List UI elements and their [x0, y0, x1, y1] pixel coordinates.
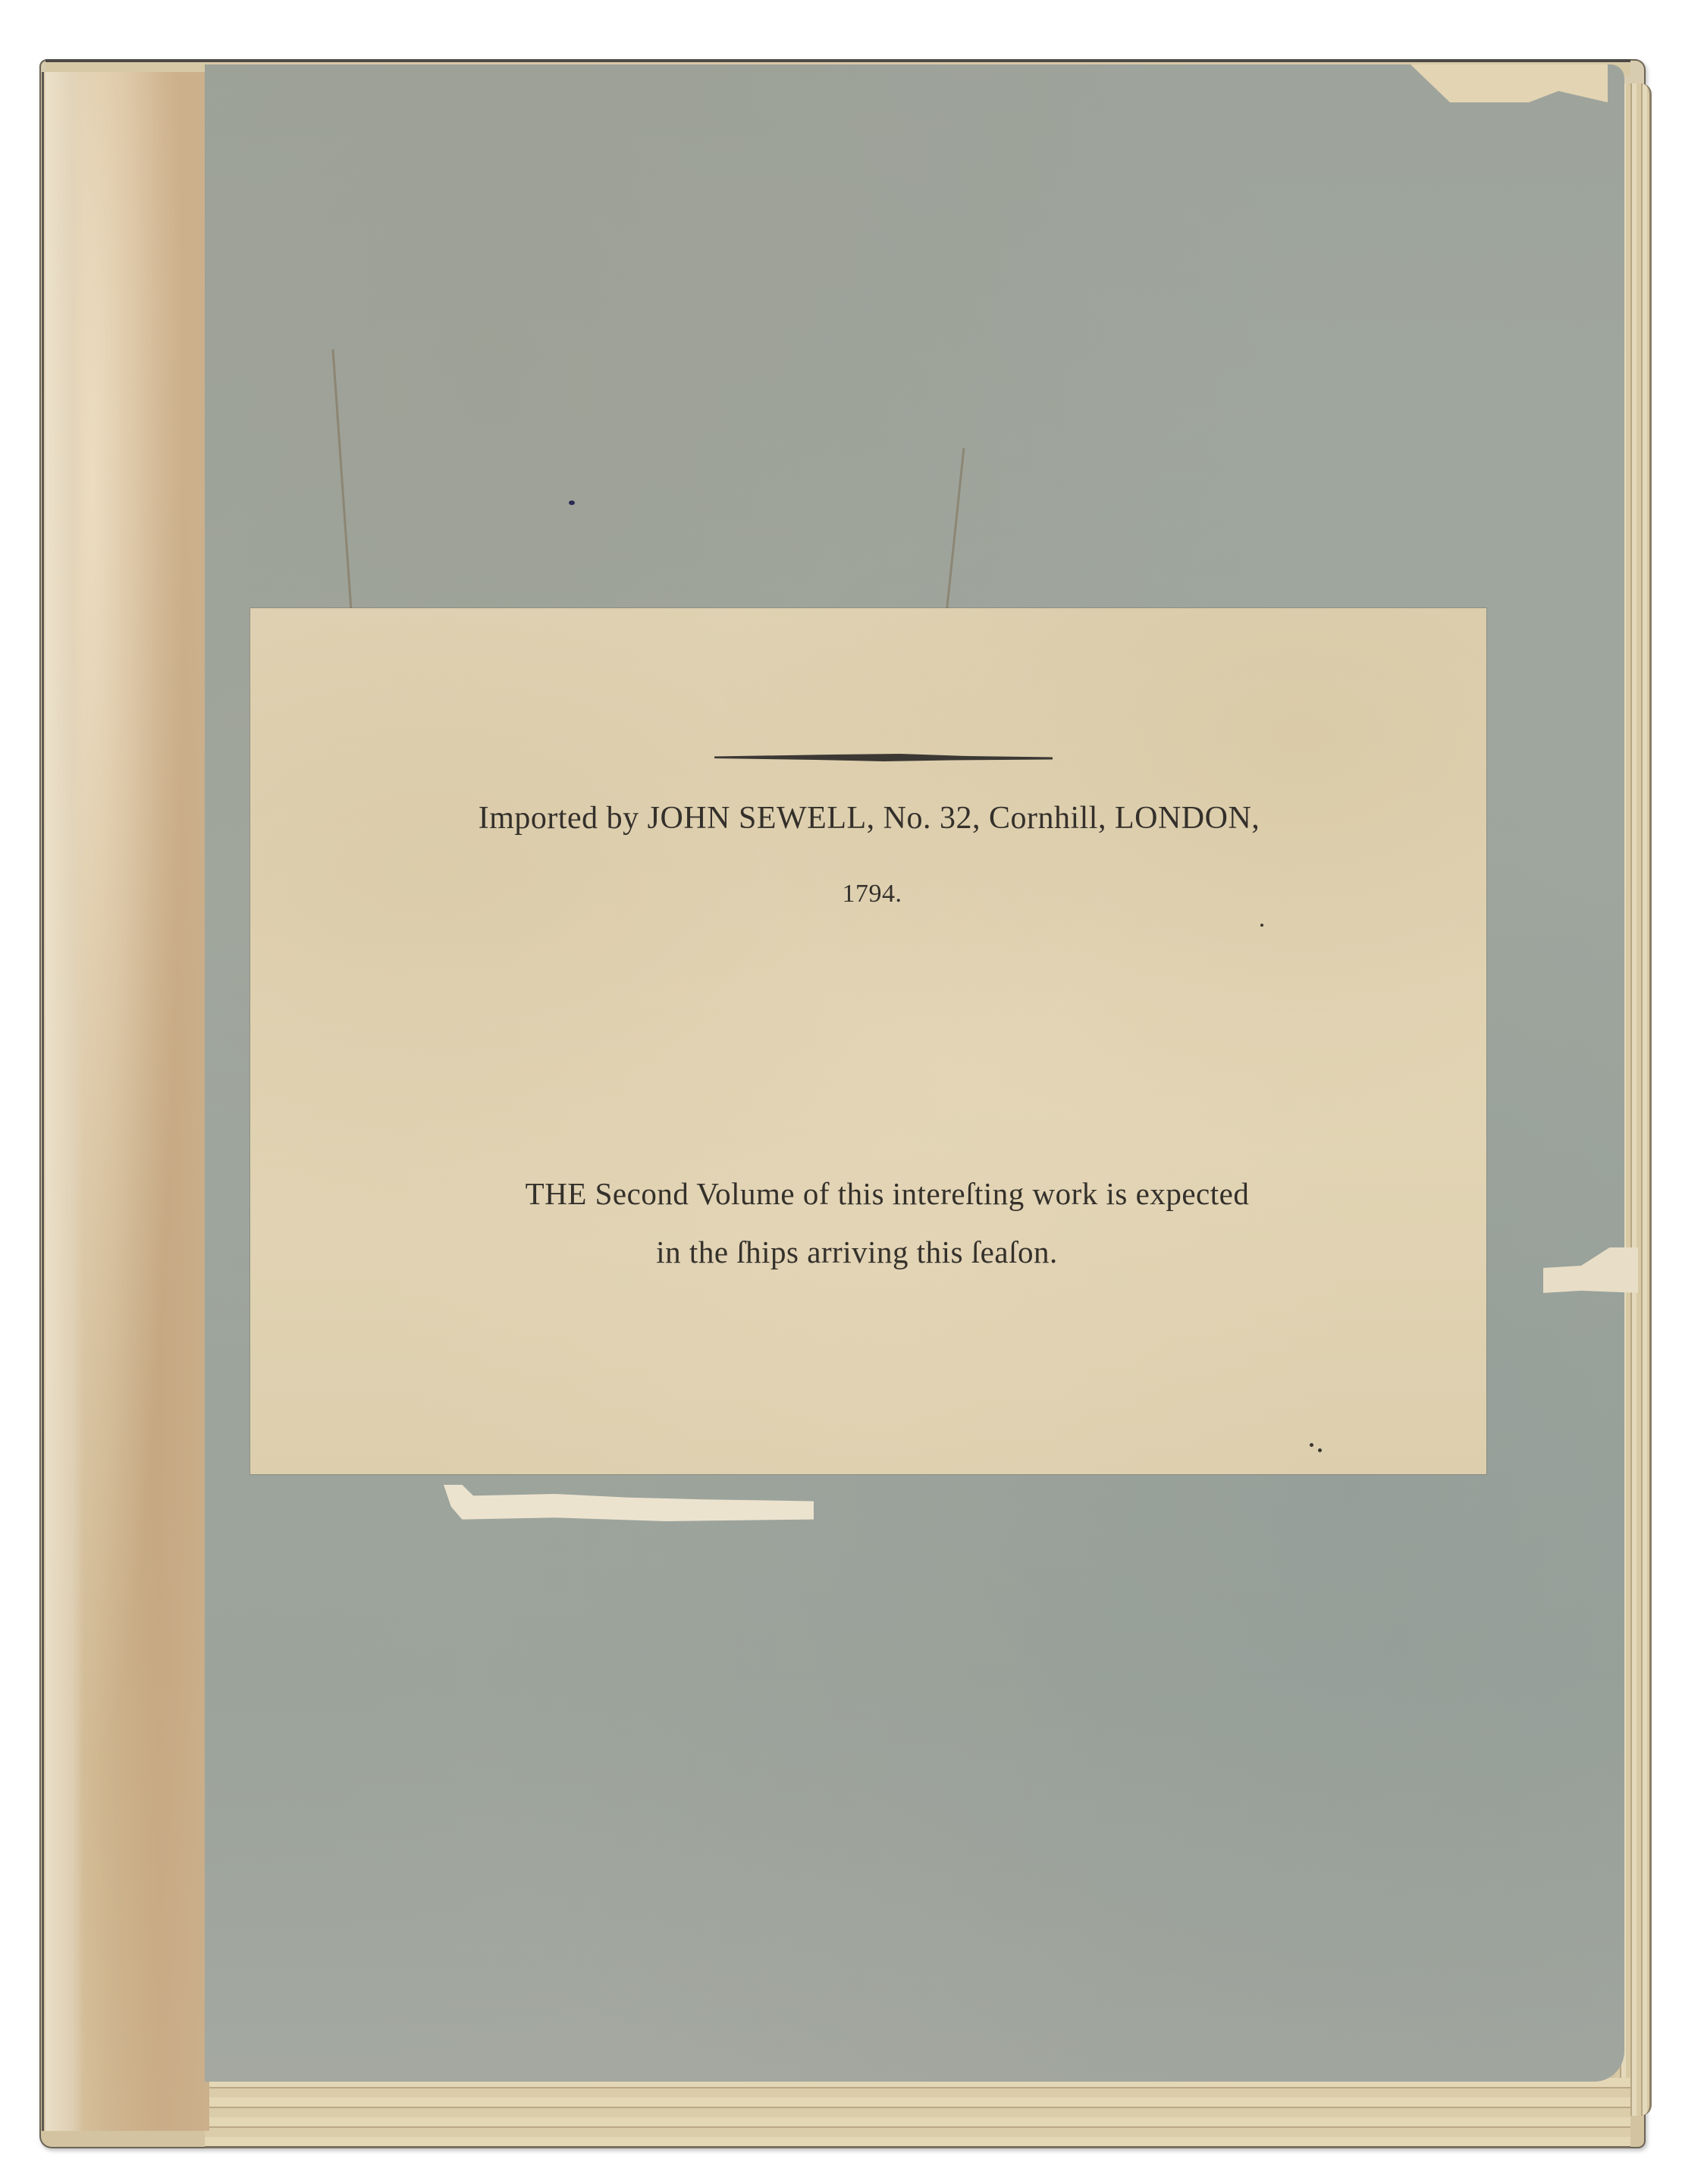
notice-line-1: THE Second Volume of this intereſting wo…	[526, 1175, 1250, 1212]
foxing-spot	[1260, 924, 1263, 927]
notice-line-2: in the ſhips arriving this ſeaſon.	[656, 1234, 1057, 1270]
ink-spot	[569, 500, 575, 505]
foxing-spot	[1318, 1448, 1322, 1452]
printed-label	[250, 608, 1486, 1474]
spine-fold	[46, 72, 83, 2131]
imprint-line: Imported by JOHN SEWELL, No. 32, Cornhil…	[479, 800, 1260, 836]
imprint-year: 1794.	[843, 880, 902, 908]
foxing-spot	[1310, 1443, 1313, 1447]
page-edges-bottom	[205, 2078, 1630, 2148]
